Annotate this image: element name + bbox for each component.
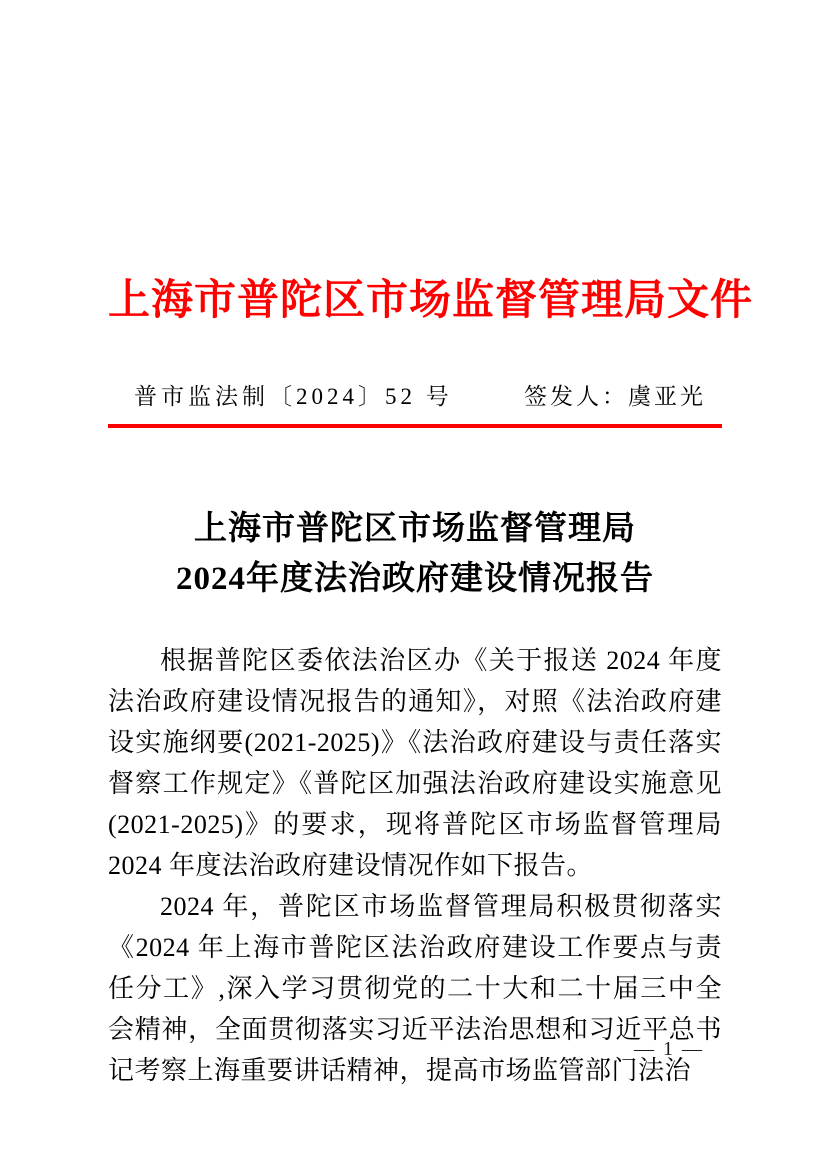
document-body: 根据普陀区委依法治区办《关于报送 2024 年度法治政府建设情况报告的通知》，对… xyxy=(108,640,722,1091)
page-number: — 1 — xyxy=(634,1038,704,1061)
document-meta-row: 普市监法制〔2024〕52 号 签发人：虞亚光 xyxy=(108,382,722,412)
page-content: 上海市普陀区市场监督管理局文件 普市监法制〔2024〕52 号 签发人：虞亚光 … xyxy=(0,276,826,1091)
body-paragraph: 2024 年，普陀区市场监督管理局积极贯彻落实《2024 年上海市普陀区法治政府… xyxy=(108,886,722,1091)
red-divider-line xyxy=(108,424,722,428)
body-paragraph: 根据普陀区委依法治区办《关于报送 2024 年度法治政府建设情况报告的通知》，对… xyxy=(108,640,722,886)
document-number: 普市监法制〔2024〕52 号 xyxy=(134,382,453,412)
document-title-line-2: 2024年度法治政府建设情况报告 xyxy=(108,554,722,604)
document-title-line-1: 上海市普陀区市场监督管理局 xyxy=(108,504,722,554)
document-title: 上海市普陀区市场监督管理局 2024年度法治政府建设情况报告 xyxy=(108,504,722,604)
letterhead-org-title: 上海市普陀区市场监督管理局文件 xyxy=(108,276,722,326)
signer: 签发人：虞亚光 xyxy=(524,382,706,412)
document-page: 上海市普陀区市场监督管理局文件 普市监法制〔2024〕52 号 签发人：虞亚光 … xyxy=(0,0,826,1169)
